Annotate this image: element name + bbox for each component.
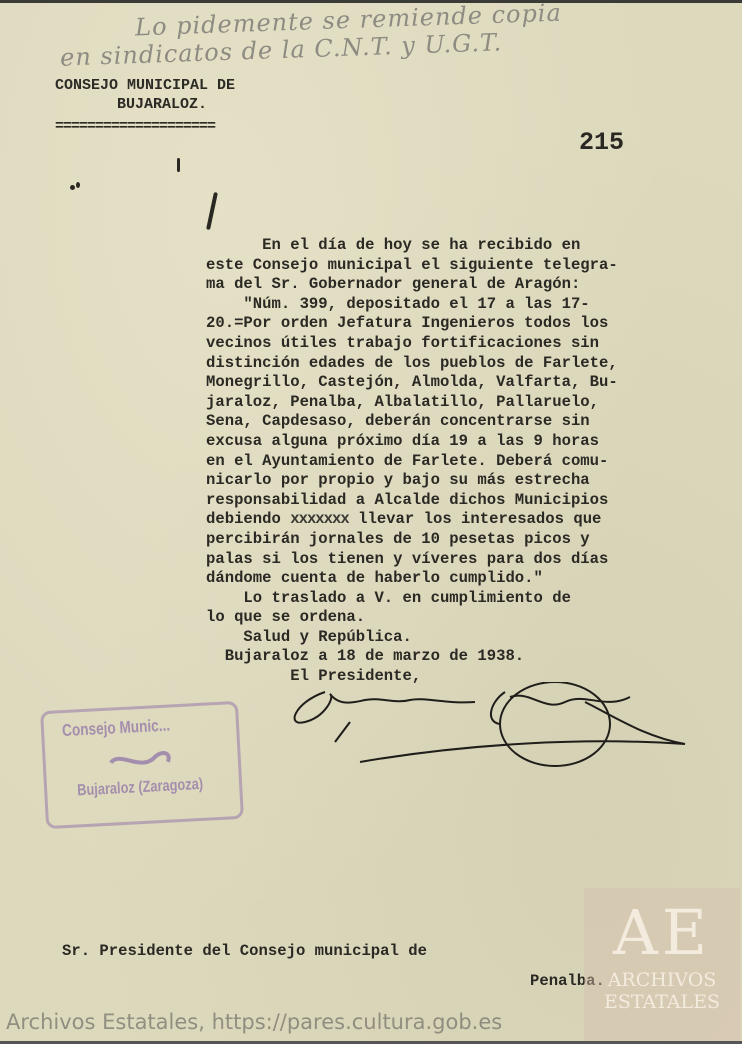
archive-watermark: Archivos Estatales, https://pares.cultur… — [6, 1010, 502, 1034]
municipal-stamp: Consejo Munic... Bujaraloz (Zaragoza) — [40, 701, 244, 829]
letterhead-line-1: CONSEJO MUNICIPAL DE — [55, 76, 235, 95]
stamp-line-1: Consejo Munic... — [62, 715, 171, 741]
logo-line-1: ARCHIVOS — [584, 970, 740, 990]
letterhead-line-2: BUJARALOZ. — [55, 95, 235, 114]
letter-body-part-2: percibirán jornales de 10 pesetas picos … — [206, 530, 726, 687]
archivos-estatales-logo: AE ARCHIVOS ESTATALES — [584, 888, 740, 1041]
paper-speck — [70, 185, 75, 190]
letter-body: En el día de hoy se ha recibido en este … — [206, 236, 726, 687]
logo-line-2: ESTATALES — [584, 992, 740, 1012]
struck-line: debiendo xxxxxxx llevar los interesados … — [206, 510, 726, 530]
letter-body-part-1: En el día de hoy se ha recibido en este … — [206, 236, 726, 510]
stamp-emblem-icon — [105, 745, 176, 777]
struck-out-text: xxxxxxx — [290, 510, 349, 528]
addressee-line: Sr. Presidente del Consejo municipal de — [62, 942, 427, 960]
struck-line-after: llevar los interesados que — [349, 510, 602, 528]
paper-speck — [206, 192, 218, 230]
stamp-line-2: Bujaraloz (Zaragoza) — [77, 776, 204, 801]
scan-top-edge — [0, 0, 742, 3]
letterhead-rule: ==================== — [55, 117, 235, 136]
president-signature-icon — [285, 682, 695, 782]
document-number: 215 — [579, 128, 624, 157]
struck-line-before: debiendo — [206, 510, 290, 528]
letterhead: CONSEJO MUNICIPAL DE BUJARALOZ. ========… — [55, 76, 235, 136]
paper-speck — [177, 158, 180, 172]
paper-speck — [76, 182, 80, 188]
logo-monogram: AE — [584, 898, 740, 968]
